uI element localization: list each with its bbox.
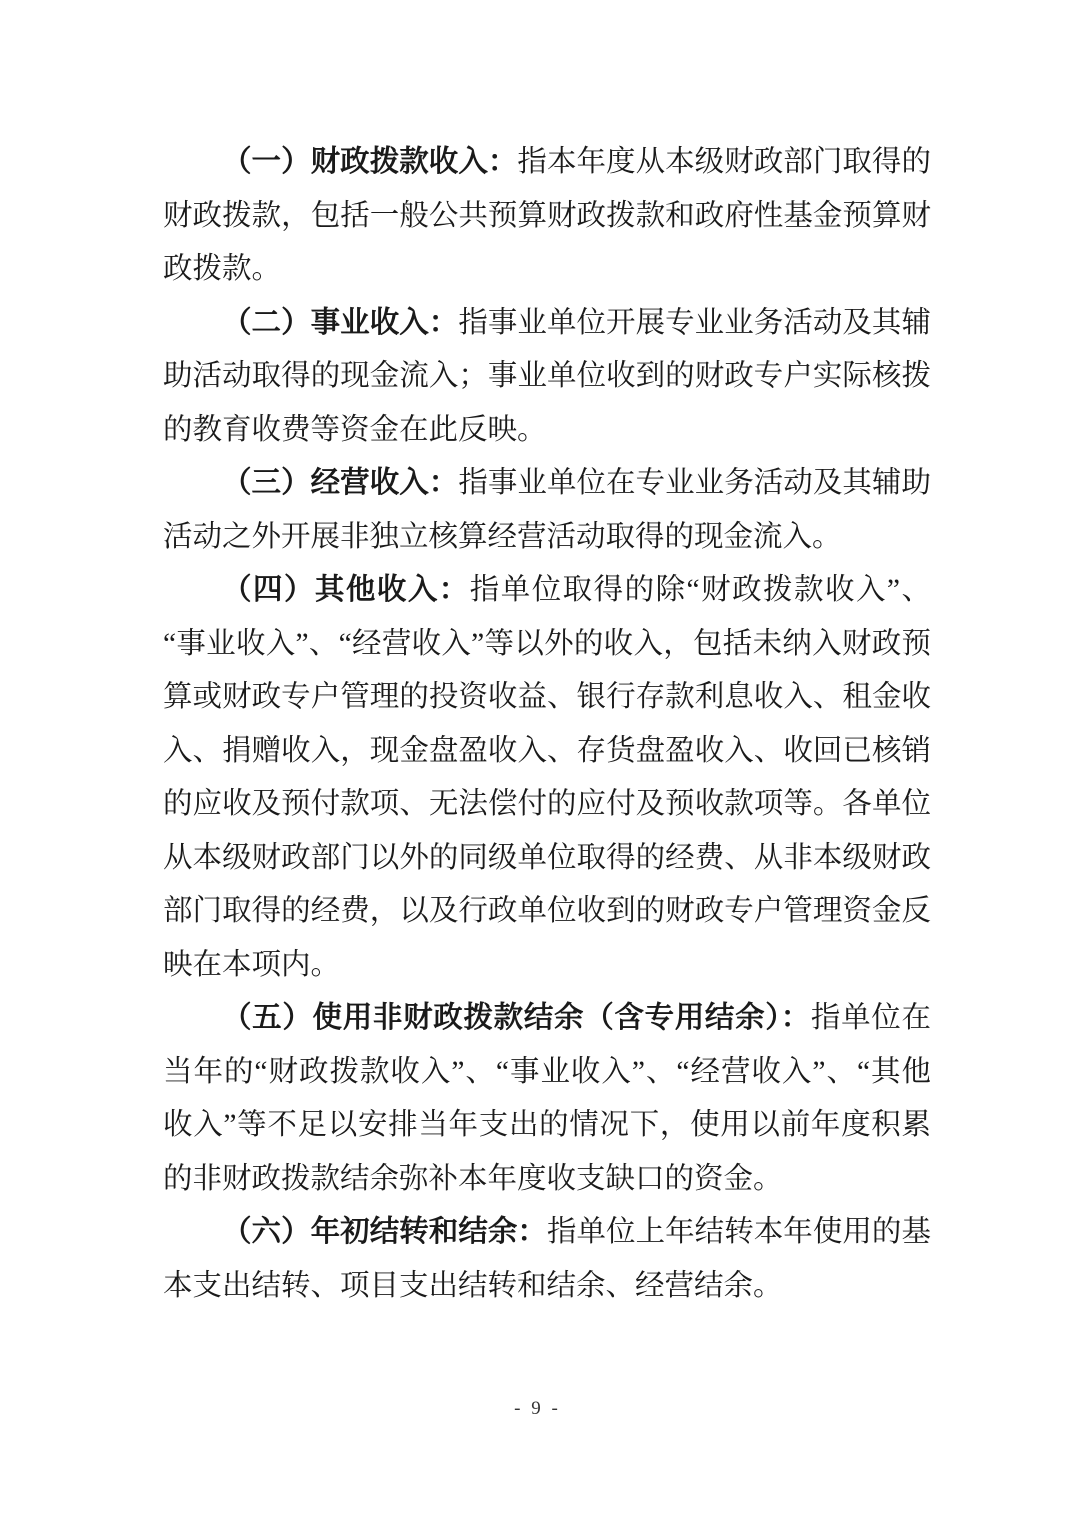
paragraph-carryover-and-surplus: （六）年初结转和结余：指单位上年结转本年使用的基本支出结转、项目支出结转和结余、…: [163, 1206, 931, 1313]
paragraph-fiscal-appropriation-income: （一）财政拨款收入：指本年度从本级财政部门取得的财政拨款，包括一般公共预算财政拨…: [163, 136, 931, 297]
document-body: （一）财政拨款收入：指本年度从本级财政部门取得的财政拨款，包括一般公共预算财政拨…: [163, 136, 931, 1313]
document-page: （一）财政拨款收入：指本年度从本级财政部门取得的财政拨款，包括一般公共预算财政拨…: [0, 0, 1075, 1520]
paragraph-lead: （四）其他收入：: [222, 574, 470, 606]
paragraph-lead: （五）使用非财政拨款结余（含专用结余）：: [222, 1002, 811, 1034]
page-number: - 9 -: [0, 1398, 1075, 1420]
paragraph-business-income: （二）事业收入：指事业单位开展专业业务活动及其辅助活动取得的现金流入；事业单位收…: [163, 297, 931, 458]
paragraph-lead: （六）年初结转和结余：: [222, 1216, 547, 1248]
paragraph-lead: （三）经营收入：: [222, 467, 458, 499]
paragraph-operating-income: （三）经营收入：指事业单位在专业业务活动及其辅助活动之外开展非独立核算经营活动取…: [163, 457, 931, 564]
paragraph-lead: （一）财政拨款收入：: [222, 146, 517, 178]
paragraph-text: 指单位取得的除“财政拨款收入”、“事业收入”、“经营收入”等以外的收入，包括未纳…: [163, 574, 931, 981]
paragraph-other-income: （四）其他收入：指单位取得的除“财政拨款收入”、“事业收入”、“经营收入”等以外…: [163, 564, 931, 992]
paragraph-lead: （二）事业收入：: [222, 307, 458, 339]
paragraph-non-fiscal-surplus-usage: （五）使用非财政拨款结余（含专用结余）：指单位在当年的“财政拨款收入”、“事业收…: [163, 992, 931, 1206]
